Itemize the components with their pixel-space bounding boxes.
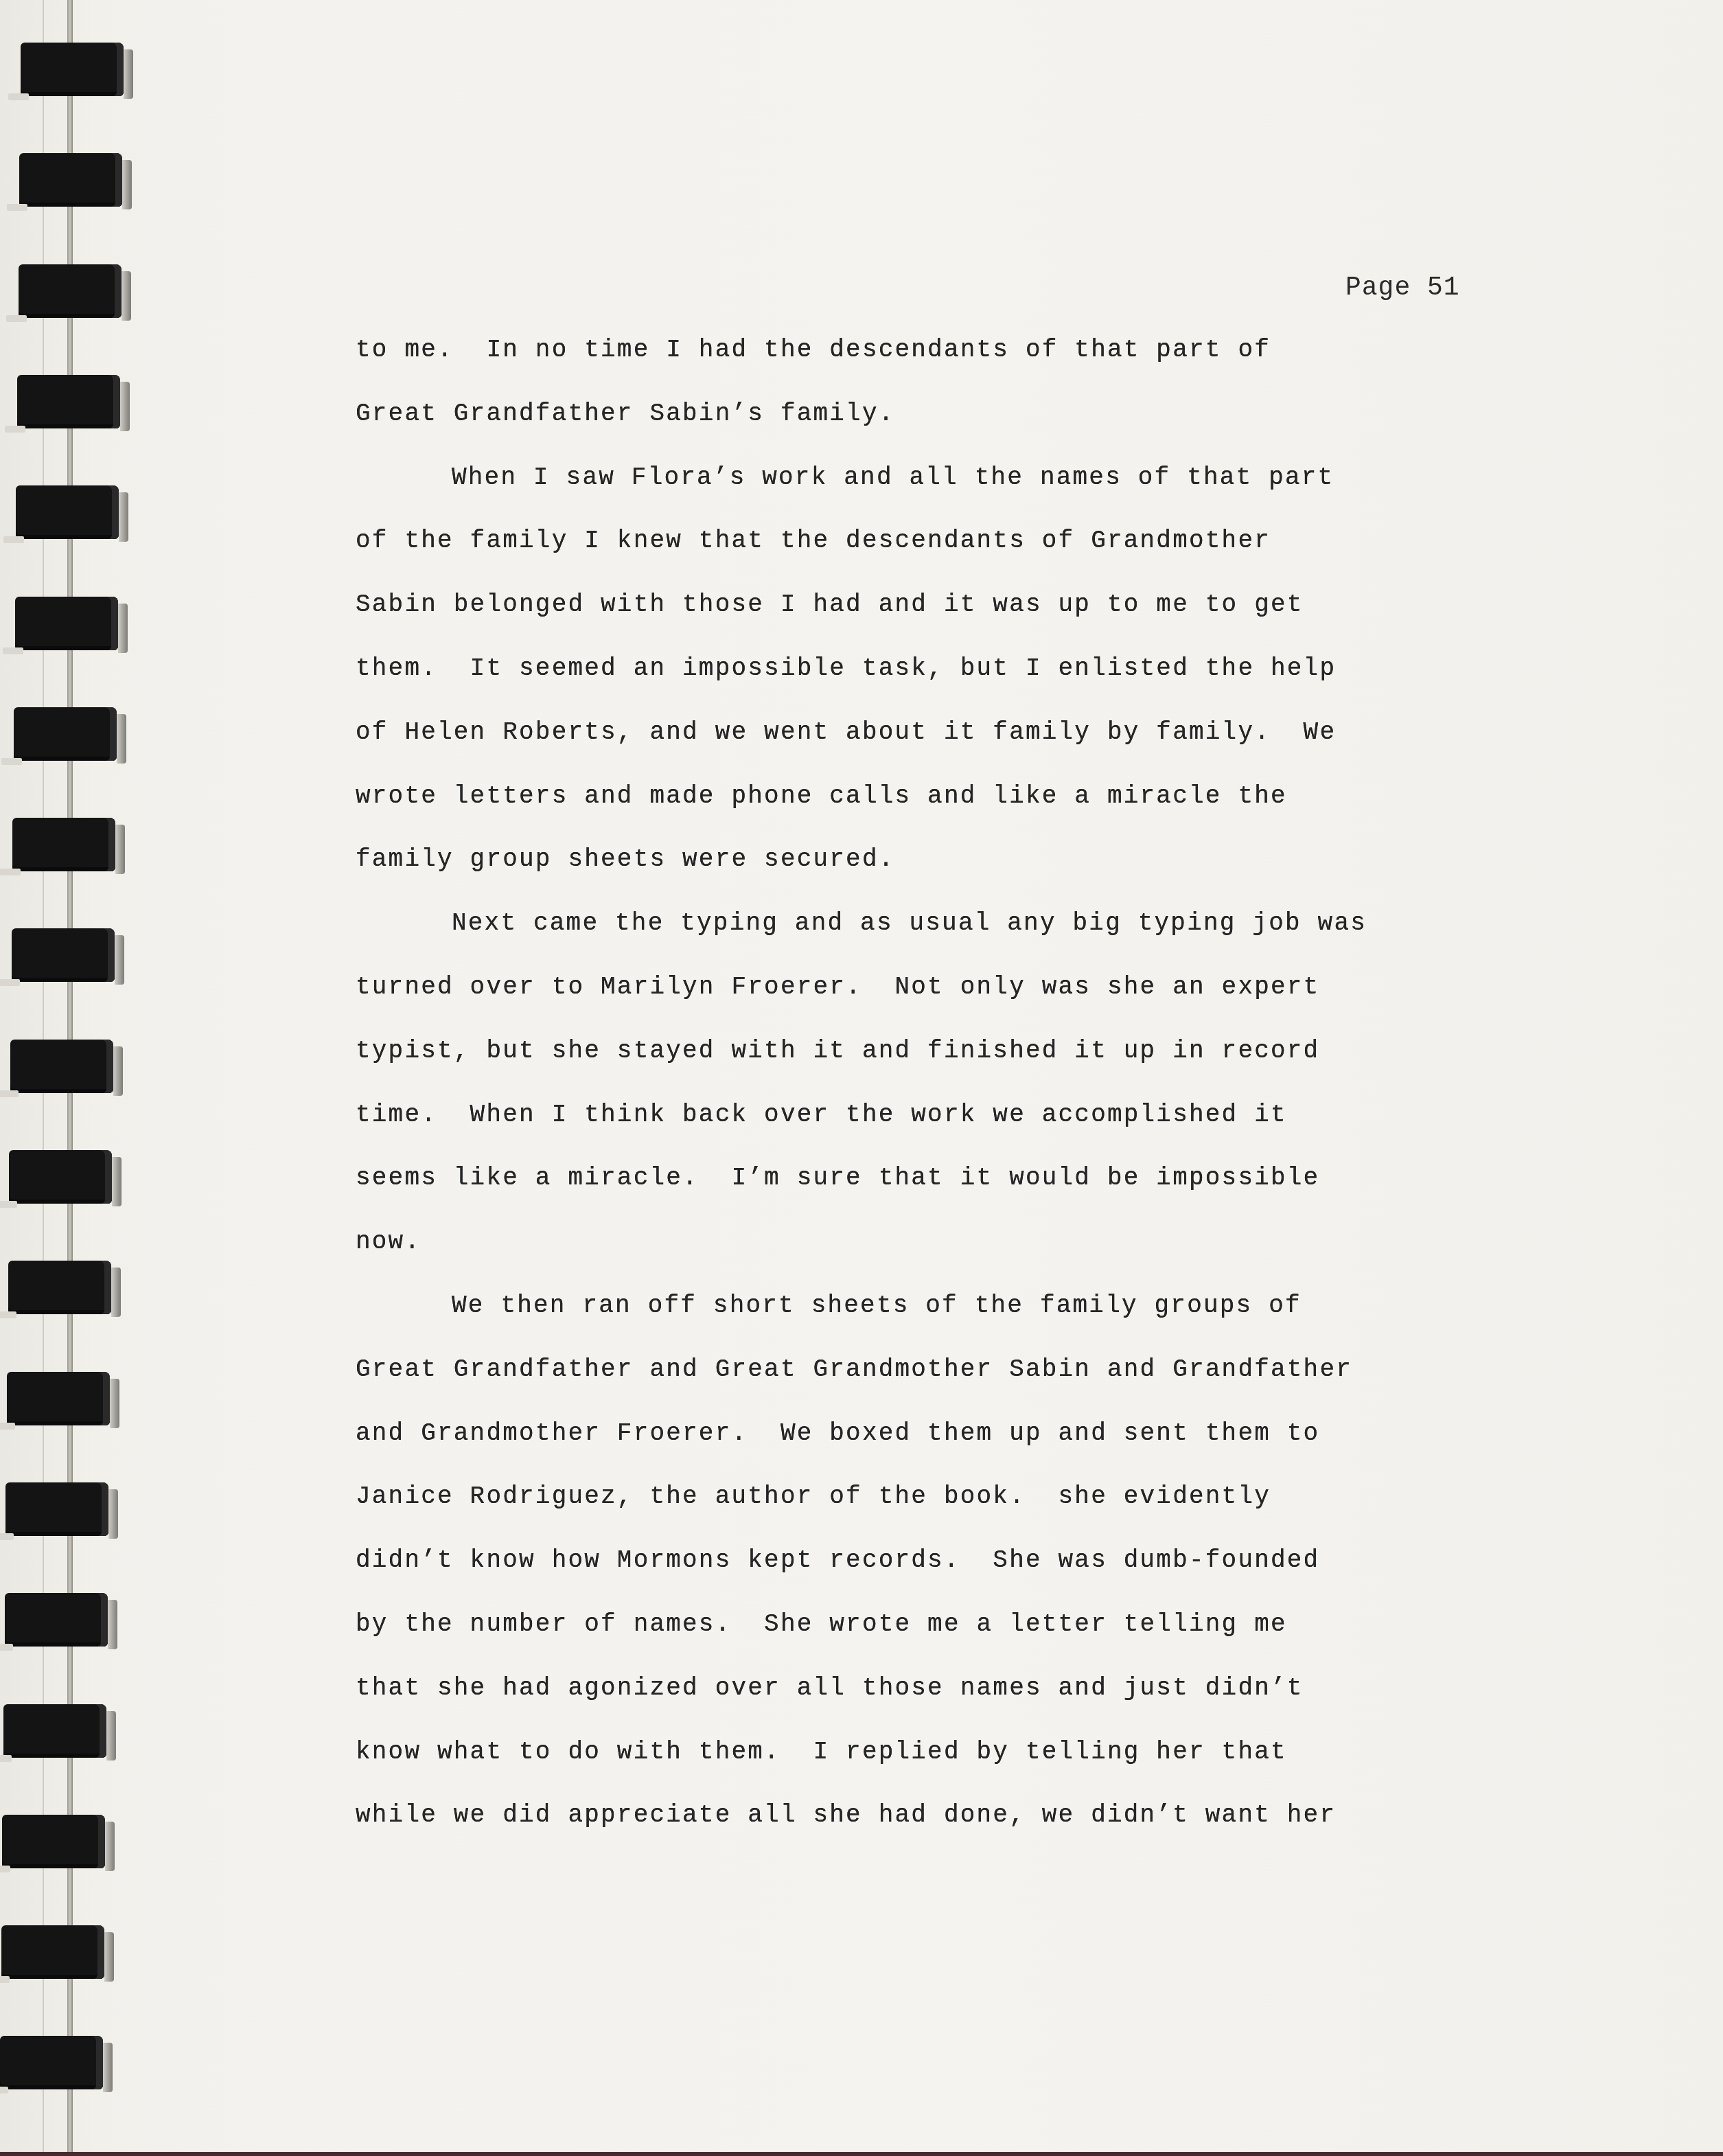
binding-coil [19, 264, 122, 318]
text-line: while we did appreciate all she had done… [356, 1795, 1564, 1859]
page-number: Page 51 [1345, 273, 1460, 303]
binding-coil [16, 485, 119, 539]
text-line: When I saw Flora’s work and all the name… [356, 457, 1564, 521]
text-line: now. [356, 1222, 1564, 1285]
binding-coil [3, 1704, 106, 1758]
text-line: that she had agonized over all those nam… [356, 1668, 1564, 1732]
text-line: We then ran off short sheets of the fami… [356, 1285, 1564, 1349]
text-line: of Helen Roberts, and we went about it f… [356, 712, 1564, 776]
binding-coil [19, 153, 122, 207]
text-line: wrote letters and made phone calls and l… [356, 776, 1564, 840]
binding-coil [8, 1261, 111, 1314]
text-line: by the number of names. She wrote me a l… [356, 1604, 1564, 1668]
bottom-edge [0, 2152, 1723, 2156]
binding-coil [5, 1482, 108, 1536]
text-line: didn’t know how Mormons kept records. Sh… [356, 1540, 1564, 1604]
text-line: Great Grandfather and Great Grandmother … [356, 1349, 1564, 1413]
binding-coil [1, 1925, 104, 1979]
binding-coil [10, 1040, 113, 1093]
binding-coil [9, 1150, 112, 1204]
binding-coil [17, 375, 120, 428]
document-page: Page 51 to me. In no time I had the desc… [0, 0, 1723, 2156]
text-line: Sabin belonged with those I had and it w… [356, 584, 1564, 648]
text-line: and Grandmother Froerer. We boxed them u… [356, 1413, 1564, 1477]
text-line: know what to do with them. I replied by … [356, 1732, 1564, 1796]
binding-coil [0, 2036, 103, 2089]
spiral-binding [0, 0, 137, 2156]
text-line: time. When I think back over the work we… [356, 1094, 1564, 1158]
typewritten-body: to me. In no time I had the descendants … [356, 330, 1564, 1859]
text-line: seems like a miracle. I’m sure that it w… [356, 1158, 1564, 1222]
binding-coil [5, 1593, 108, 1647]
text-line: of the family I knew that the descendant… [356, 520, 1564, 584]
text-line: Great Grandfather Sabin’s family. [356, 393, 1564, 457]
binding-coil [14, 707, 117, 761]
text-line: family group sheets were secured. [356, 839, 1564, 903]
text-line: Next came the typing and as usual any bi… [356, 903, 1564, 967]
text-line: Janice Rodriguez, the author of the book… [356, 1476, 1564, 1540]
binding-coil [7, 1372, 110, 1425]
binding-coil [2, 1815, 105, 1868]
text-line: turned over to Marilyn Froerer. Not only… [356, 967, 1564, 1031]
binding-coil [12, 818, 115, 871]
text-line: typist, but she stayed with it and finis… [356, 1031, 1564, 1094]
binding-coil [12, 928, 115, 982]
text-line: them. It seemed an impossible task, but … [356, 648, 1564, 712]
text-line: to me. In no time I had the descendants … [356, 330, 1564, 393]
binding-coil [21, 43, 124, 96]
binding-coil [15, 597, 118, 650]
